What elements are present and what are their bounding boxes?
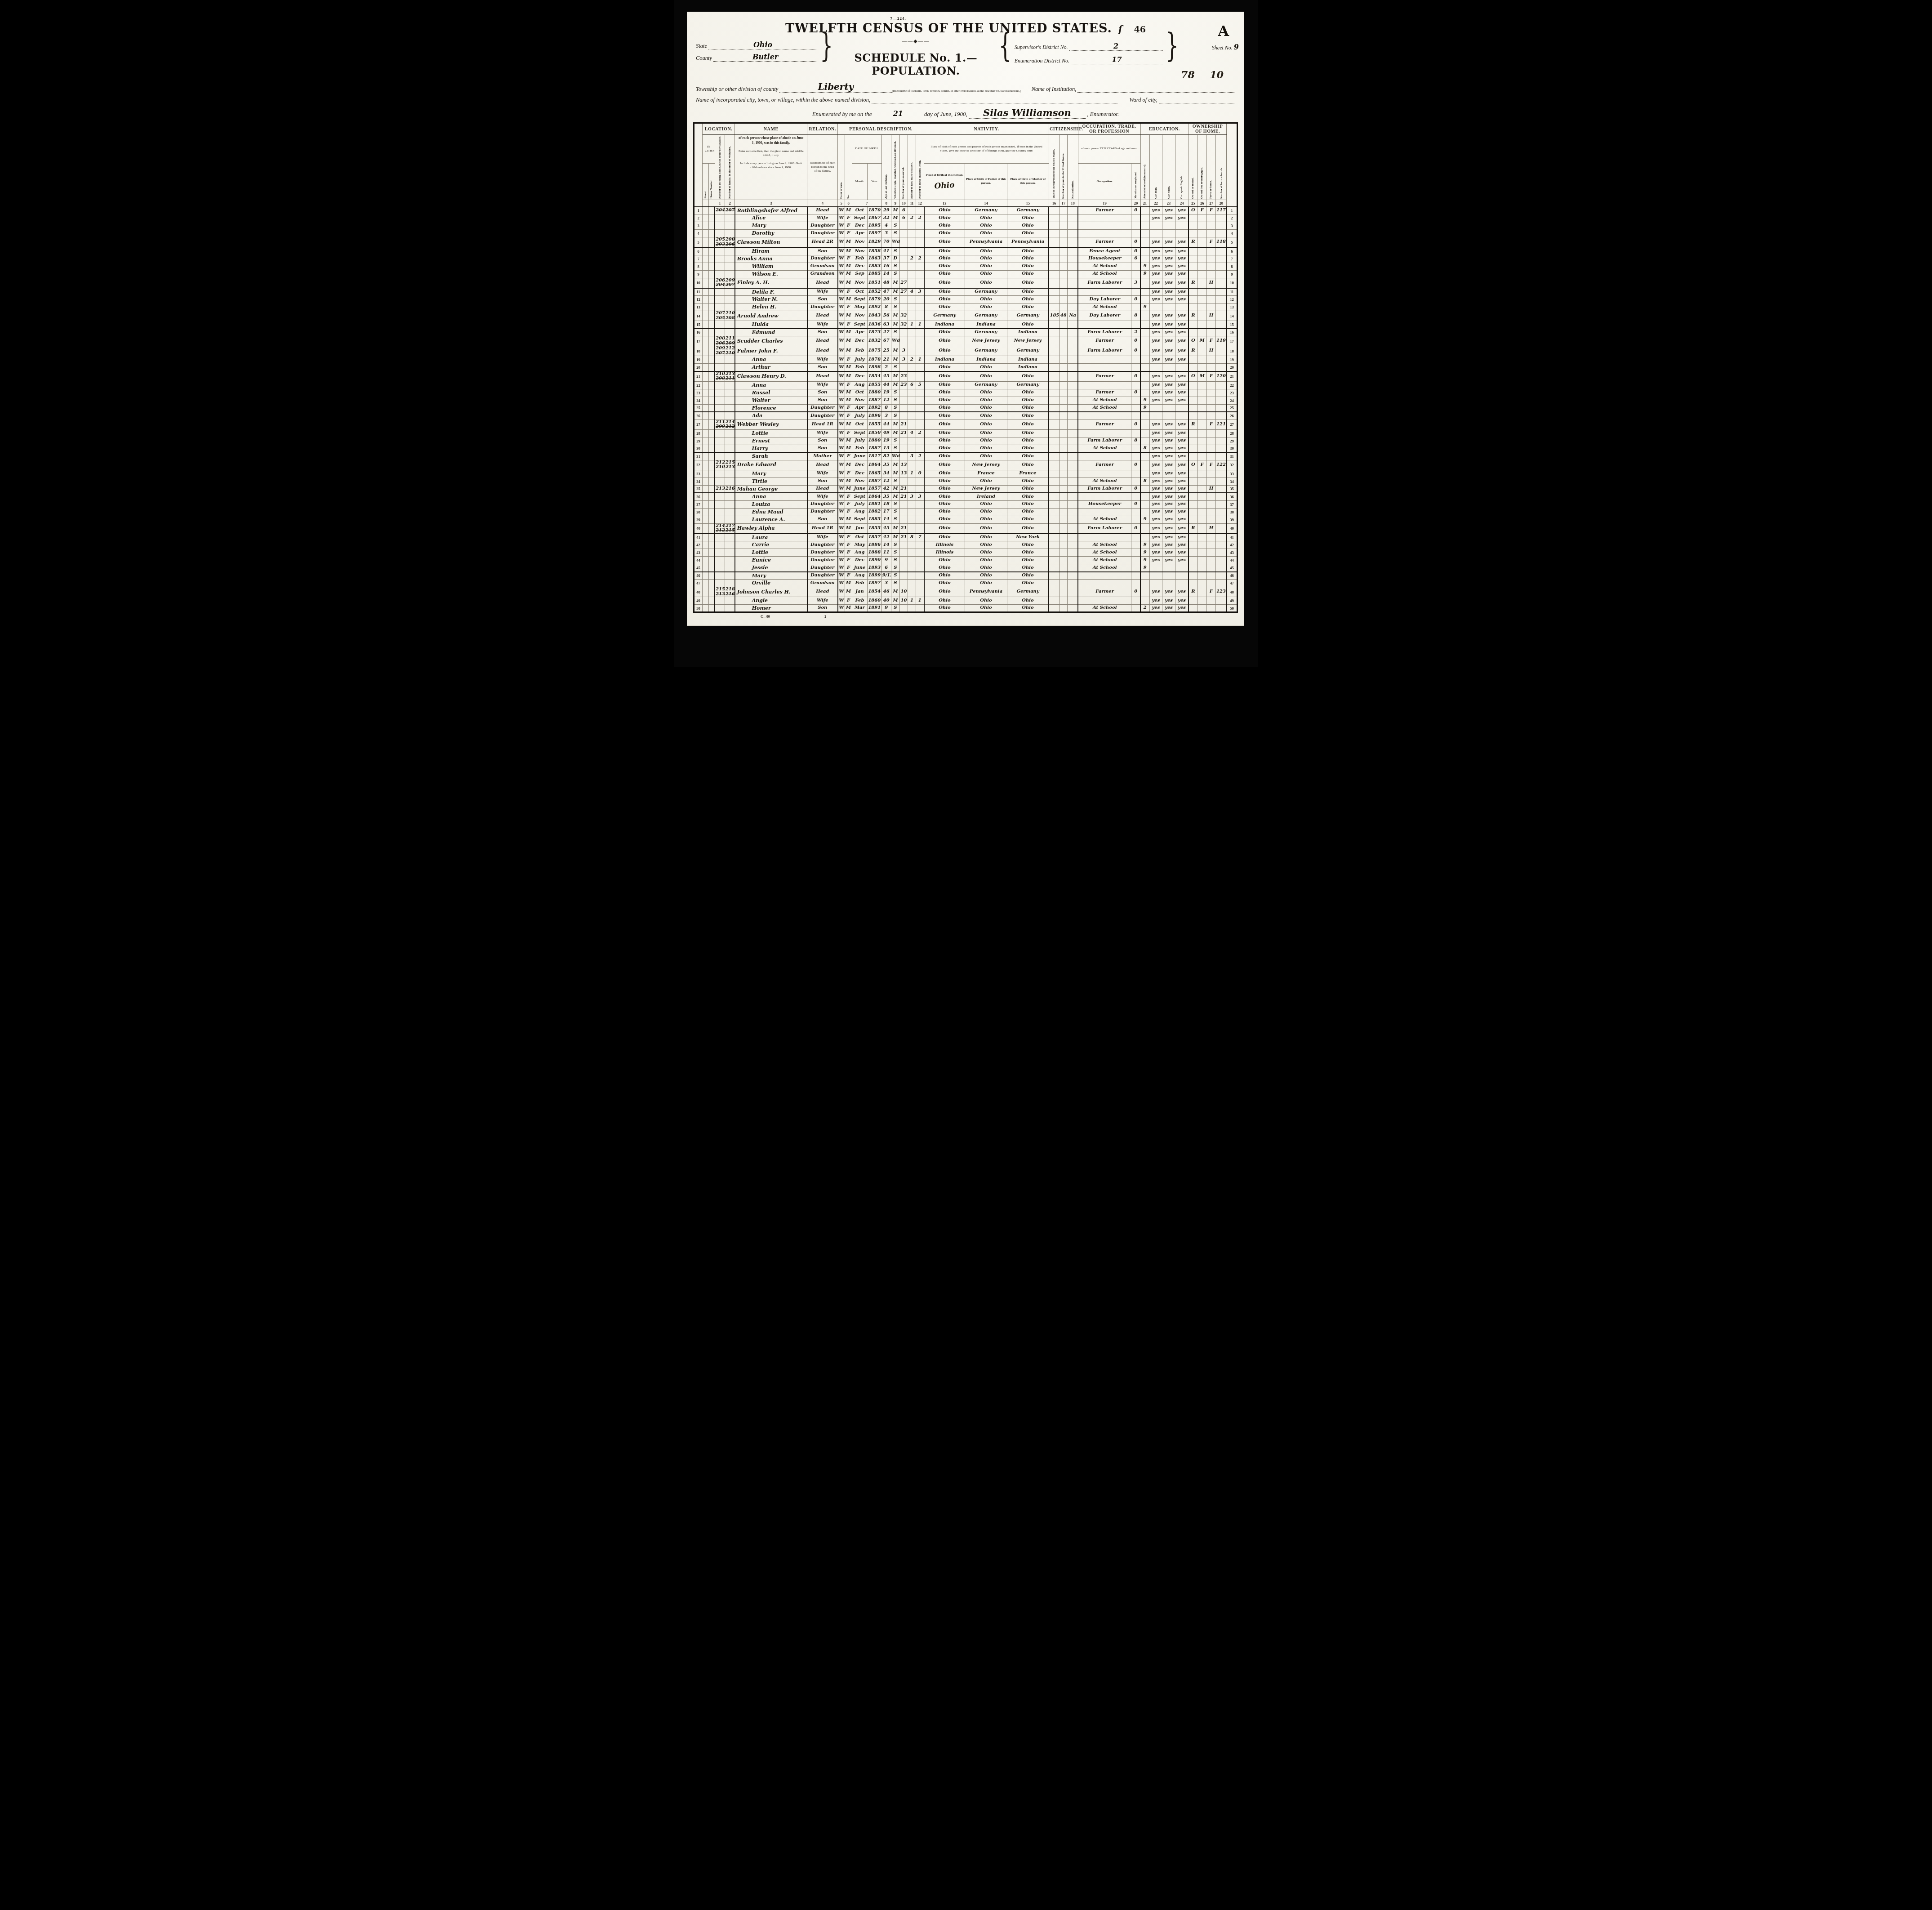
- cell-fs: [1216, 356, 1227, 364]
- table-header: LOCATION. NAME RELATION. PERSONAL DESCRI…: [694, 123, 1238, 207]
- cell-color: W: [838, 429, 845, 437]
- handwritten-value: F: [846, 535, 851, 540]
- cell-cl: [916, 541, 924, 549]
- cell-sch: [1140, 419, 1149, 429]
- handwritten-value: W: [839, 558, 844, 563]
- cell-mne: [1131, 270, 1140, 278]
- handwritten-value: F: [846, 357, 851, 362]
- cell-sex: M: [845, 296, 852, 303]
- cell-fm: [1197, 321, 1206, 329]
- person-row: 2AliceWifeWFSept186732M622OhioOhioOhioye…: [694, 214, 1238, 222]
- cell-sex: M: [845, 419, 852, 429]
- cell-fam: 215213: [725, 460, 735, 470]
- cell-na: [1068, 381, 1078, 389]
- cell-iy: [1049, 470, 1059, 477]
- cell-mar: M: [891, 311, 899, 321]
- cell-occ: [1078, 470, 1131, 477]
- handwritten-value: 44: [882, 422, 890, 427]
- person-row: 47OrvilleGrandsonWMFeb18973SOhioOhioOhio…: [694, 580, 1238, 587]
- handwritten-value: Daughter: [808, 566, 837, 571]
- cell-rd: yes: [1149, 329, 1162, 336]
- person-row: 8WilliamGrandsonWMDec188316SOhioOhioOhio…: [694, 263, 1238, 270]
- cell-sex: F: [845, 214, 852, 222]
- row-number-right: 11: [1227, 288, 1238, 296]
- cell-mar: S: [891, 329, 899, 336]
- cell-fam: [725, 605, 735, 612]
- row-number-right: 8: [1227, 263, 1238, 270]
- handwritten-value: 0: [1132, 348, 1140, 353]
- handwritten-value: 1892: [868, 305, 881, 310]
- handwritten-value: Ohio: [966, 606, 1006, 611]
- handwritten-value: 1855: [868, 383, 881, 388]
- handwritten-value: Ohio: [966, 566, 1006, 571]
- cell-color: W: [838, 247, 845, 255]
- handwritten-value: Oct: [853, 208, 867, 213]
- cell-rel: Daughter: [807, 412, 838, 419]
- cell-fm: [1197, 222, 1206, 230]
- handwritten-value: 208: [716, 336, 724, 341]
- handwritten-value: yes: [1176, 606, 1188, 611]
- handwritten-value: M: [892, 216, 899, 221]
- cell-dw: [715, 263, 725, 270]
- cell-sch: 8: [1140, 477, 1149, 485]
- group-personal: PERSONAL DESCRIPTION.: [838, 123, 924, 135]
- cell-wr: yes: [1162, 541, 1175, 549]
- cell-fm: M: [1197, 336, 1206, 346]
- cell-pb: Indiana: [924, 321, 965, 329]
- cell-mc: [908, 587, 916, 597]
- cell-cl: [916, 329, 924, 336]
- cell-sex: F: [845, 597, 852, 605]
- cell-street: [703, 500, 709, 508]
- cell-by: 1887: [867, 477, 881, 485]
- handwritten-value: D: [892, 256, 899, 261]
- colnum-11: 11: [908, 200, 916, 207]
- person-row: 19AnnaWifeWFJuly187821M321IndianaIndiana…: [694, 356, 1238, 364]
- cell-iy: [1049, 477, 1059, 485]
- handwritten-value: Dec: [853, 223, 867, 228]
- handwritten-value: Ohio: [1008, 550, 1048, 555]
- cell-mne: [1131, 572, 1140, 580]
- handwritten-value: Grandson: [808, 272, 837, 277]
- cell-dw: [715, 404, 725, 412]
- cell-yu: [1059, 534, 1068, 541]
- cell-mar: M: [891, 346, 899, 356]
- cell-fs: [1216, 381, 1227, 389]
- handwritten-value: Ohio: [966, 581, 1006, 586]
- handwritten-value: yes: [1176, 330, 1188, 335]
- handwritten-value: 205: [716, 237, 724, 242]
- handwritten-value: Daughter: [808, 573, 837, 578]
- handwritten-value: Ohio: [1008, 431, 1048, 436]
- cell-yu: [1059, 356, 1068, 364]
- cell-mc: 1: [908, 597, 916, 605]
- cell-street: [703, 508, 709, 516]
- cell-sex: M: [845, 587, 852, 597]
- cell-mne: 3: [1131, 278, 1140, 288]
- cell-own: [1189, 288, 1197, 296]
- township-label: Township or other division of county: [696, 86, 778, 93]
- cell-mc: [908, 397, 916, 404]
- cell-by: 1887: [867, 445, 881, 452]
- handwritten-value: Ohio: [966, 398, 1006, 403]
- cell-house: [708, 508, 715, 516]
- cell-wr: yes: [1162, 336, 1175, 346]
- handwritten-value: W: [839, 606, 844, 611]
- cell-iy: [1049, 255, 1059, 263]
- township-row: Township or other division of county Lib…: [696, 81, 1235, 93]
- handwritten-value: 45: [882, 374, 890, 379]
- cell-wr: [1162, 572, 1175, 580]
- cell-en: yes: [1175, 445, 1189, 452]
- handwritten-value: Oct: [853, 535, 867, 540]
- cell-mne: [1131, 605, 1140, 612]
- cell-fm: [1197, 263, 1206, 270]
- cell-name: Clawson Milton: [735, 237, 807, 248]
- handwritten-value: M: [846, 581, 851, 586]
- handwritten-value: Homer: [736, 606, 806, 611]
- row-number-right: 20: [1227, 364, 1238, 371]
- colnum-1: 1: [715, 200, 725, 207]
- group-ownership: OWNERSHIP OF HOME.: [1189, 123, 1227, 135]
- handwritten-value: 0: [1132, 339, 1140, 344]
- cell-occ: At School: [1078, 557, 1131, 564]
- person-row: 20ArthurSonWMFeb18982SOhioOhioIndiana20: [694, 364, 1238, 371]
- cell-fs: 121: [1216, 419, 1227, 429]
- handwritten-value: 1870: [868, 208, 881, 213]
- cell-iy: [1049, 605, 1059, 612]
- cell-ym: 32: [899, 321, 908, 329]
- cell-sex: M: [845, 346, 852, 356]
- cell-street: [703, 437, 709, 445]
- cell-name: Helen H.: [735, 303, 807, 311]
- handwritten-value: Germany: [966, 313, 1006, 318]
- col-age: Age at last birthday.: [881, 135, 891, 200]
- cell-name: Carrie: [735, 541, 807, 549]
- col-attended-school: Attended school (in months).: [1140, 135, 1149, 200]
- person-row: 25FlorenceDaughterWFApr18928SOhioOhioOhi…: [694, 404, 1238, 412]
- cell-pf: Ohio: [965, 270, 1007, 278]
- cell-mar: S: [891, 605, 899, 612]
- cell-yu: [1059, 419, 1068, 429]
- cell-bm: Dec: [852, 336, 867, 346]
- handwritten-value: M: [892, 526, 899, 531]
- handwritten-value: 82: [882, 454, 890, 459]
- handwritten-value: yes: [1163, 438, 1175, 443]
- cell-rel: Daughter: [807, 255, 838, 263]
- cell-dw: [715, 247, 725, 255]
- cell-sch: [1140, 500, 1149, 508]
- cell-age: 45: [881, 523, 891, 534]
- cell-na: [1068, 230, 1078, 237]
- handwritten-value: S: [892, 446, 899, 451]
- handwritten-value: Ohio: [966, 526, 1006, 531]
- cell-street: [703, 336, 709, 346]
- cell-pf: Ohio: [965, 397, 1007, 404]
- handwritten-value: M: [892, 374, 899, 379]
- handwritten-value: 1: [908, 322, 915, 327]
- cell-fh: H: [1206, 485, 1215, 493]
- cell-pm: Ohio: [1007, 580, 1049, 587]
- handwritten-value: Dec: [853, 374, 867, 379]
- handwritten-value: 18: [882, 502, 890, 507]
- handwritten-value: Ohio: [925, 281, 965, 286]
- cell-na: [1068, 564, 1078, 572]
- cell-pm: Germany: [1007, 381, 1049, 389]
- cell-bm: Nov: [852, 247, 867, 255]
- cell-house: [708, 371, 715, 382]
- handwritten-value: yes: [1176, 240, 1188, 245]
- cell-sex: M: [845, 311, 852, 321]
- col-months-not-employed: Months not employed.: [1131, 164, 1140, 200]
- handwritten-value: yes: [1176, 357, 1188, 362]
- cell-pm: Ohio: [1007, 278, 1049, 288]
- cell-iy: [1049, 247, 1059, 255]
- cell-fs: [1216, 485, 1227, 493]
- handwritten-value: Illinois: [925, 543, 965, 548]
- cell-na: [1068, 397, 1078, 404]
- handwritten-value: yes: [1176, 446, 1188, 451]
- cell-fam: 209207: [725, 278, 735, 288]
- cell-wr: yes: [1162, 255, 1175, 263]
- cell-bm: Apr: [852, 230, 867, 237]
- handwritten-value: yes: [1150, 543, 1162, 548]
- cell-fh: [1206, 412, 1215, 419]
- cell-ym: [899, 247, 908, 255]
- handwritten-value: 211: [726, 376, 734, 381]
- col-date-of-birth: DATE OF BIRTH.: [852, 135, 881, 164]
- handwritten-value: yes: [1176, 431, 1188, 436]
- handwritten-value: Son: [808, 390, 837, 395]
- person-row: 15HuldaWifeWFSept183663M3211IndianaIndia…: [694, 321, 1238, 329]
- handwritten-value: Ohio: [966, 502, 1006, 507]
- handwritten-value: Sept: [853, 297, 867, 302]
- person-row: 26AdaDaughterWFJuly18963SOhioOhioOhio26: [694, 412, 1238, 419]
- cell-house: [708, 437, 715, 445]
- enumerated-day: 21: [893, 109, 903, 118]
- cell-fam: 218216: [725, 587, 735, 597]
- handwritten-value: At School: [1079, 446, 1131, 451]
- handwritten-value: 1881: [868, 502, 881, 507]
- row-number-left: 3: [694, 222, 703, 230]
- cell-rd: yes: [1149, 346, 1162, 356]
- handwritten-value: Edmund: [736, 330, 806, 335]
- handwritten-value: 9: [1141, 558, 1149, 563]
- cell-mc: [908, 222, 916, 230]
- cell-rd: yes: [1149, 419, 1162, 429]
- handwritten-value: Laurence A.: [736, 517, 806, 522]
- cell-en: yes: [1175, 508, 1189, 516]
- cell-rd: yes: [1149, 445, 1162, 452]
- cell-rel: Grandson: [807, 580, 838, 587]
- handwritten-value: Mary: [736, 471, 806, 477]
- handwritten-value: 6: [1132, 256, 1140, 261]
- cell-own: [1189, 389, 1197, 397]
- cell-sch: 9: [1140, 270, 1149, 278]
- handwritten-value: yes: [1150, 383, 1162, 388]
- cell-fs: [1216, 580, 1227, 587]
- cell-cl: 5: [916, 381, 924, 389]
- cell-en: yes: [1175, 288, 1189, 296]
- cell-wr: [1162, 580, 1175, 587]
- handwritten-value: R: [1189, 313, 1197, 318]
- cell-sch: [1140, 278, 1149, 288]
- col-owned-free: Owned free or mortgaged.: [1197, 135, 1206, 200]
- cell-cl: [916, 564, 924, 572]
- cell-na: [1068, 500, 1078, 508]
- enumerated-post: , Enumerator.: [1087, 111, 1119, 117]
- cell-na: [1068, 549, 1078, 557]
- cell-yu: [1059, 437, 1068, 445]
- sheet-label: Sheet No.: [1212, 45, 1233, 51]
- cell-yu: [1059, 336, 1068, 346]
- handwritten-value: 0: [1132, 463, 1140, 468]
- handwritten-value: Angie: [736, 598, 806, 603]
- handwritten-value: 23: [900, 383, 907, 388]
- cell-mc: [908, 404, 916, 412]
- handwritten-value: 1863: [868, 256, 881, 261]
- cell-yu: [1059, 278, 1068, 288]
- cell-sch: 9: [1140, 516, 1149, 523]
- cell-fm: [1197, 572, 1206, 580]
- handwritten-value: Sept: [853, 322, 867, 327]
- handwritten-value: Ohio: [925, 581, 965, 586]
- cell-fm: [1197, 389, 1206, 397]
- handwritten-value: yes: [1176, 526, 1188, 531]
- handwritten-value: yes: [1176, 313, 1188, 318]
- handwritten-value: yes: [1163, 543, 1175, 548]
- supervisor-district-value: 2: [1113, 42, 1118, 50]
- cell-fm: [1197, 356, 1206, 364]
- handwritten-value: 37: [882, 256, 890, 261]
- cell-own: [1189, 404, 1197, 412]
- cell-age: 17: [881, 508, 891, 516]
- cell-rel: Head: [807, 311, 838, 321]
- handwritten-value: Wilson E.: [736, 272, 806, 277]
- person-row: 3MaryDaughterWFDec18954SOhioOhioOhio3: [694, 222, 1238, 230]
- handwritten-value: yes: [1176, 374, 1188, 379]
- cell-street: [703, 549, 709, 557]
- cell-rel: Daughter: [807, 508, 838, 516]
- cell-rd: yes: [1149, 371, 1162, 382]
- cell-bm: Feb: [852, 445, 867, 452]
- cell-bm: Nov: [852, 397, 867, 404]
- handwritten-value: yes: [1163, 348, 1175, 353]
- handwritten-value: 42: [882, 535, 890, 540]
- cell-mc: [908, 207, 916, 214]
- cell-dw: [715, 429, 725, 437]
- row-number-left: 11: [694, 288, 703, 296]
- handwritten-value: Farm Laborer: [1079, 438, 1131, 443]
- row-number-right: 38: [1227, 508, 1238, 516]
- handwritten-value: 3: [882, 231, 890, 236]
- cell-by: 1885: [867, 516, 881, 523]
- cell-dw: [715, 534, 725, 541]
- cell-sex: F: [845, 493, 852, 500]
- enumerated-row: Enumerated by me on the 21 day of June, …: [696, 107, 1235, 119]
- colnum-24: 24: [1175, 200, 1189, 207]
- handwritten-value: 14: [882, 272, 890, 277]
- handwritten-value: yes: [1163, 486, 1175, 491]
- cell-en: yes: [1175, 397, 1189, 404]
- handwritten-value: At School: [1079, 479, 1131, 484]
- cell-dw: 215213: [715, 587, 725, 597]
- handwritten-value: 1875: [868, 348, 881, 353]
- row-number-left: 1: [694, 207, 703, 214]
- cell-color: W: [838, 508, 845, 516]
- cell-own: [1189, 493, 1197, 500]
- cell-ym: [899, 263, 908, 270]
- handwritten-value: S: [892, 297, 899, 302]
- cell-fam: 208206: [725, 237, 735, 248]
- handwritten-value: yes: [1163, 390, 1175, 395]
- cell-mne: [1131, 534, 1140, 541]
- handwritten-value: 0: [1132, 249, 1140, 254]
- handwritten-value: 218: [726, 587, 734, 592]
- cell-fam: [725, 445, 735, 452]
- person-row: 38Edna MaudDaughterWFAug188217SOhioOhioO…: [694, 508, 1238, 516]
- row-number-left: 8: [694, 263, 703, 270]
- cell-dw: [715, 452, 725, 460]
- cell-yu: [1059, 270, 1068, 278]
- cell-rel: Daughter: [807, 404, 838, 412]
- cell-yu: [1059, 452, 1068, 460]
- cell-ym: [899, 336, 908, 346]
- row-number-right: 44: [1227, 557, 1238, 564]
- cell-ym: 21: [899, 493, 908, 500]
- enumerated-mid: day of June, 1900,: [924, 111, 967, 117]
- cell-mar: S: [891, 572, 899, 580]
- cell-color: W: [838, 445, 845, 452]
- cell-wr: yes: [1162, 445, 1175, 452]
- handwritten-value: 4: [882, 223, 890, 228]
- handwritten-value: Germany: [1008, 313, 1048, 318]
- cell-color: W: [838, 452, 845, 460]
- handwritten-value: Ohio: [966, 573, 1006, 578]
- cell-mne: 0: [1131, 247, 1140, 255]
- cell-pb: Ohio: [924, 523, 965, 534]
- handwritten-value: yes: [1176, 208, 1188, 213]
- colnum-10: 10: [899, 200, 908, 207]
- person-row: 16EdmundSonWMApr187327SOhioGermanyIndian…: [694, 329, 1238, 336]
- cell-pf: Ohio: [965, 508, 1007, 516]
- cell-age: 13: [881, 445, 891, 452]
- cell-occ: [1078, 452, 1131, 460]
- cell-rd: yes: [1149, 587, 1162, 597]
- cell-fh: [1206, 214, 1215, 222]
- cell-mar: M: [891, 429, 899, 437]
- cell-occ: Day Laborer: [1078, 296, 1131, 303]
- cell-pf: New Jersey: [965, 336, 1007, 346]
- cell-sch: [1140, 371, 1149, 382]
- cell-cl: [916, 270, 924, 278]
- cell-street: [703, 321, 709, 329]
- handwritten-value: Ohio: [925, 502, 965, 507]
- cell-bm: Feb: [852, 364, 867, 371]
- colnum-20: 20: [1131, 200, 1140, 207]
- handwritten-value: S: [892, 406, 899, 411]
- cell-occ: Farmer: [1078, 389, 1131, 397]
- cell-name: Alice: [735, 214, 807, 222]
- cell-fam: [725, 470, 735, 477]
- handwritten-value: At School: [1079, 272, 1131, 277]
- row-number-left: 40: [694, 523, 703, 534]
- cell-cl: [916, 311, 924, 321]
- cell-mar: Wd: [891, 336, 899, 346]
- row-number-right: 45: [1227, 564, 1238, 572]
- handwritten-value: 23: [900, 374, 907, 379]
- handwritten-value: yes: [1150, 509, 1162, 514]
